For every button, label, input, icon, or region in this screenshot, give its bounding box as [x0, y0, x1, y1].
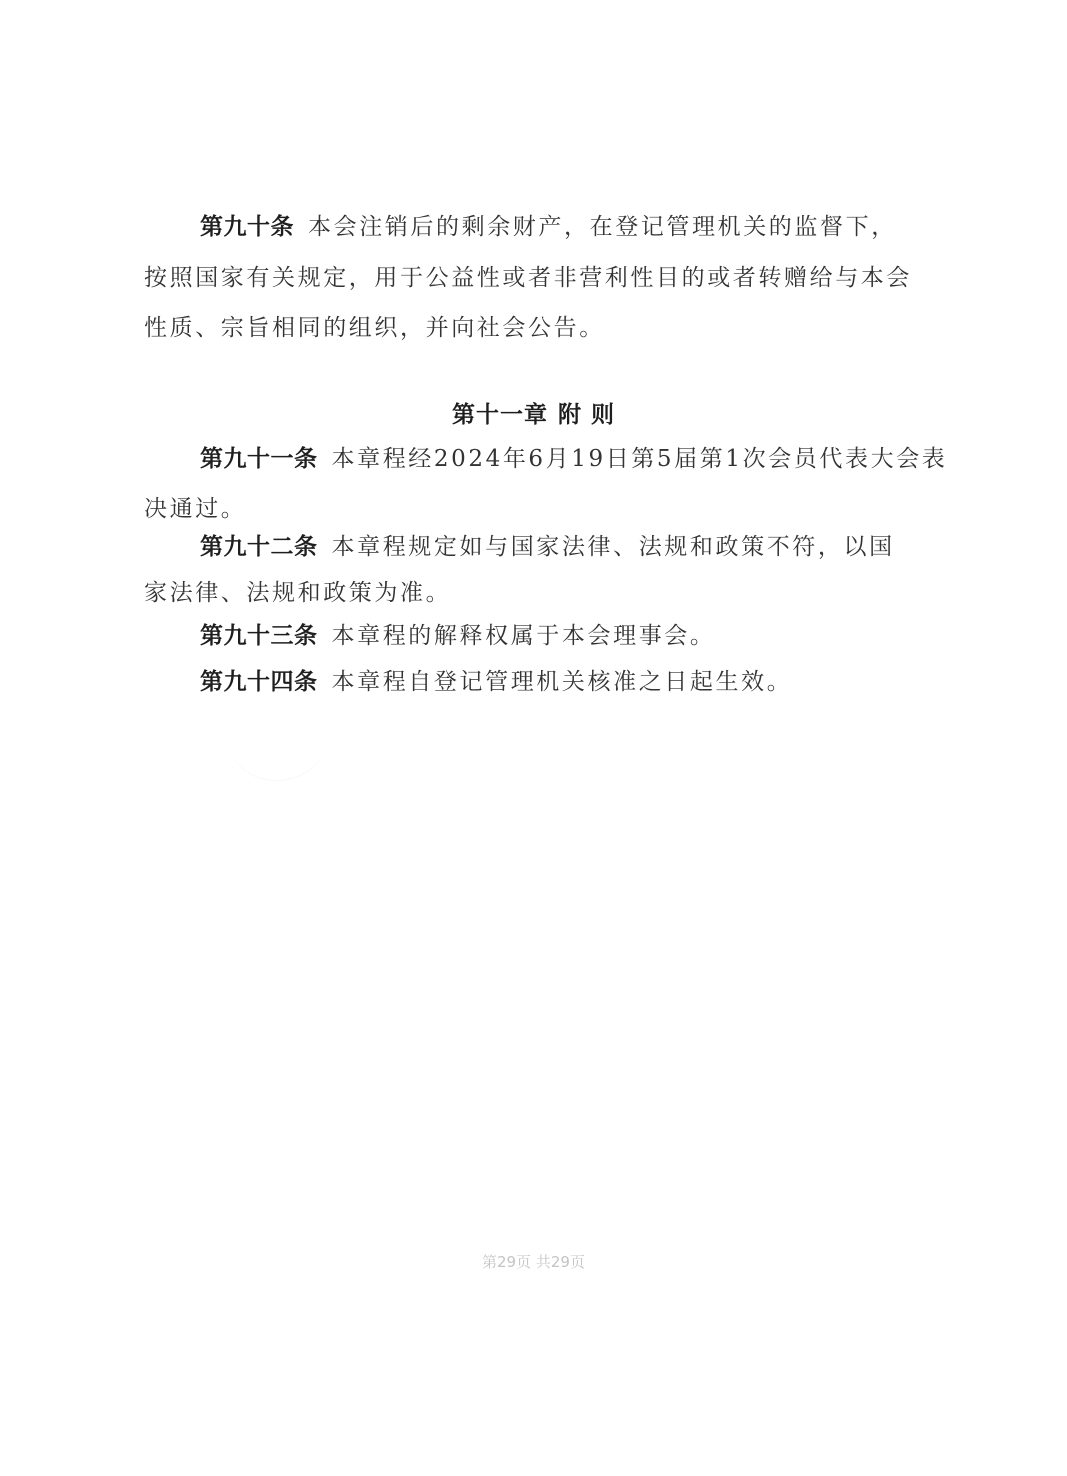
chapter-title: 附 则 — [558, 402, 615, 428]
article-92-line-1: 第九十二条本章程规定如与国家法律、法规和政策不符，以国 — [200, 532, 895, 562]
article-90-line-1: 第九十条本会注销后的剩余财产，在登记管理机关的监督下， — [200, 212, 897, 242]
article-94-line-1: 第九十四条本章程自登记管理机关核准之日起生效。 — [200, 667, 792, 697]
faint-seal-mark — [222, 700, 332, 781]
article-label: 第九十条 — [200, 214, 294, 240]
article-label: 第九十三条 — [200, 623, 318, 649]
article-91-line-2: 决通过。 — [144, 494, 246, 524]
article-text: 本章程经2024年6月19日第5届第1次会员代表大会表 — [332, 446, 948, 472]
page-indicator: 第29页 共29页 — [0, 1251, 1067, 1272]
article-90-line-2: 按照国家有关规定，用于公益性或者非营利性目的或者转赠给与本会 — [144, 263, 912, 293]
chapter-heading: 第十一章附 则 — [0, 400, 1067, 430]
article-label: 第九十一条 — [200, 446, 318, 472]
chapter-number: 第十一章 — [452, 402, 548, 428]
article-text: 本章程规定如与国家法律、法规和政策不符，以国 — [332, 534, 895, 560]
article-90-line-3: 性质、宗旨相同的组织，并向社会公告。 — [144, 313, 605, 343]
article-91-line-1: 第九十一条本章程经2024年6月19日第5届第1次会员代表大会表 — [200, 444, 947, 474]
article-text: 本会注销后的剩余财产，在登记管理机关的监督下， — [308, 214, 897, 240]
article-label: 第九十二条 — [200, 534, 318, 560]
article-text: 本章程的解释权属于本会理事会。 — [332, 623, 716, 649]
article-93-line-1: 第九十三条本章程的解释权属于本会理事会。 — [200, 621, 716, 651]
article-text: 本章程自登记管理机关核准之日起生效。 — [332, 669, 793, 695]
document-page: 第九十条本会注销后的剩余财产，在登记管理机关的监督下， 按照国家有关规定，用于公… — [0, 0, 1067, 1476]
article-92-line-2: 家法律、法规和政策为准。 — [144, 578, 451, 608]
article-label: 第九十四条 — [200, 669, 318, 695]
